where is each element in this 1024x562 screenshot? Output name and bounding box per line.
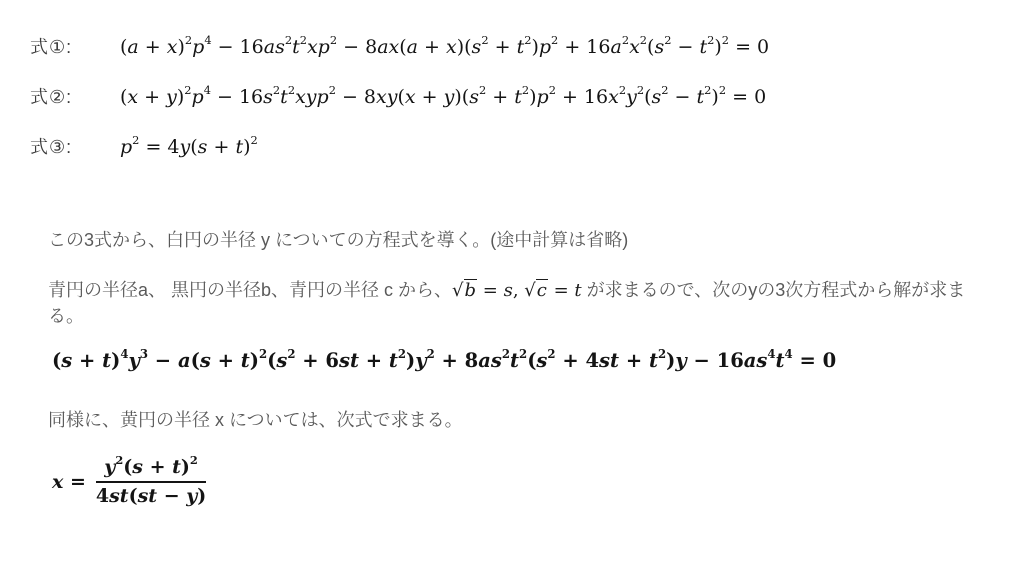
document-page: 式①: (a + x)2p4 − 16as2t2xp2 − 8ax(a + x)… [0, 0, 1024, 562]
equation-row-2: 式②: (x + y)2p4 − 16s2t2xyp2 − 8xy(x + y)… [30, 83, 766, 109]
equation-row-3: 式③: p2 = 4y(s + t)2 [30, 133, 258, 159]
equation-1-math: (a + x)2p4 − 16as2t2xp2 − 8ax(a + x)(s2 … [120, 36, 769, 58]
fraction-numerator: y2(s + t)2 [96, 456, 206, 483]
equation-3-math: p2 = 4y(s + t)2 [120, 136, 258, 158]
fraction-lhs: x = [52, 471, 86, 493]
paragraph-similarly: 同様に、黄円の半径 x については、次式で求まる。 [48, 408, 1000, 434]
equation-2-label: 式②: [30, 83, 120, 109]
paragraph-radii: 青円の半径a、 黒円の半径b、青円の半径 c から、√b = s, √c = t… [48, 278, 1000, 329]
equation-row-1: 式①: (a + x)2p4 − 16as2t2xp2 − 8ax(a + x)… [30, 33, 769, 59]
equation-3-label: 式③: [30, 133, 120, 159]
paragraph-derivation: この3式から、白円の半径 y についての方程式を導く。(途中計算は省略) [48, 228, 1000, 254]
paragraph-radii-text-pre: 青円の半径a、 黒円の半径b、青円の半径 c から、 [48, 280, 452, 300]
fraction-denominator: 4st(st − y) [96, 483, 206, 507]
paragraph-radii-inline-math: √b = s, √c = t [452, 279, 582, 301]
fraction-equation: x = y2(s + t)2 4st(st − y) [52, 456, 206, 507]
fraction: y2(s + t)2 4st(st − y) [96, 456, 206, 507]
equation-1-label: 式①: [30, 33, 120, 59]
equation-2-math: (x + y)2p4 − 16s2t2xyp2 − 8xy(x + y)(s2 … [120, 86, 766, 108]
cubic-equation: (s + t)4y3 − a(s + t)2(s2 + 6st + t2)y2 … [52, 349, 836, 372]
